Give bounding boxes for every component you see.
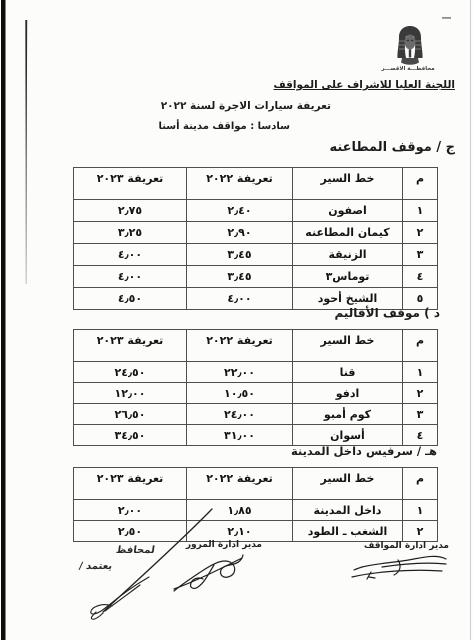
cell-fare-2023: ٢٫٧٥ xyxy=(74,200,187,222)
col-header-route: خط السير xyxy=(293,168,403,200)
table-header-row: م خط السير تعريفة ٢٠٢٢ تعريفة ٢٠٢٣ xyxy=(74,168,438,200)
table-row: ١ اصفون ٢٫٤٠ ٢٫٧٥ xyxy=(74,200,438,222)
scan-left-border xyxy=(1,0,6,640)
fare-table-mataana: م خط السير تعريفة ٢٠٢٢ تعريفة ٢٠٢٣ ١ اصف… xyxy=(73,167,438,310)
document-title: تعريفة سيارات الاجرة لسنة ٢٠٢٢ xyxy=(161,100,331,112)
cell-route: توماس٣ xyxy=(293,266,403,288)
col-header-fare-2022: تعريفة ٢٠٢٢ xyxy=(187,330,293,362)
table-row: ٢ الشغب ـ الطود ٢٫١٠ ٢٫٥٠ xyxy=(74,521,438,542)
col-header-route: خط السير xyxy=(293,330,403,362)
col-header-fare-2023: تعريفة ٢٠٢٣ xyxy=(74,468,187,500)
document-subtitle: سادسا : مواقف مدينة أسنا xyxy=(158,121,290,132)
col-header-fare-2022: تعريفة ٢٠٢٢ xyxy=(187,168,293,200)
col-header-no: م xyxy=(403,330,438,362)
scan-artifact-line xyxy=(25,20,27,284)
col-header-no: م xyxy=(403,468,438,500)
cell-fare-2023: ٢٤٫٥٠ xyxy=(74,362,187,383)
cell-no: ١ xyxy=(403,200,438,222)
section-label-mataana: ج / موقف المطاعنه xyxy=(329,140,455,155)
table-header-row: م خط السير تعريفة ٢٠٢٢ تعريفة ٢٠٢٣ xyxy=(74,468,438,500)
section-label-aqalim: د ) موقف الأقاليم xyxy=(334,306,440,320)
cell-fare-2022: ١٫٨٥ xyxy=(187,500,293,521)
cell-route: أسوان xyxy=(293,425,403,446)
cell-route: ادفو xyxy=(293,383,403,404)
cell-fare-2023: ٢٦٫٥٠ xyxy=(74,404,187,425)
cell-fare-2023: ٢٫٥٠ xyxy=(74,521,187,542)
table-row: ٣ الزنيقة ٣٫٤٥ ٤٫٠٠ xyxy=(74,244,438,266)
cell-fare-2022: ٢٫٤٠ xyxy=(187,200,293,222)
cell-fare-2022: ١٠٫٥٠ xyxy=(187,383,293,404)
cell-route: الشغب ـ الطود xyxy=(293,521,403,542)
cell-route: اصفون xyxy=(293,200,403,222)
scan-edge-dash xyxy=(442,17,451,19)
cell-fare-2022: ٣٫٤٥ xyxy=(187,266,293,288)
cell-fare-2023: ٤٫٠٠ xyxy=(74,266,187,288)
cell-no: ٤ xyxy=(403,425,438,446)
cell-fare-2023: ١٢٫٠٠ xyxy=(74,383,187,404)
signature-title-traffic-director: مدير ادارة المرور xyxy=(186,540,262,550)
governorate-name: محافظـــة الاقصـــر xyxy=(377,66,439,72)
table-row: ١ قنا ٢٢٫٠٠ ٢٤٫٥٠ xyxy=(74,362,438,383)
cell-route: قنا xyxy=(293,362,403,383)
cell-fare-2022: ٢٢٫٠٠ xyxy=(187,362,293,383)
cell-no: ٤ xyxy=(403,266,438,288)
cell-route: كيمان المطاعنه xyxy=(293,222,403,244)
cell-fare-2022: ٣٫٤٥ xyxy=(187,244,293,266)
cell-fare-2022: ٣١٫٠٠ xyxy=(187,425,293,446)
signature-scribble-stations-director xyxy=(352,556,446,579)
cell-no: ٣ xyxy=(403,404,438,425)
scan-right-edge xyxy=(470,0,471,640)
cell-fare-2023: ٣٤٫٥٠ xyxy=(74,425,187,446)
cell-no: ٣ xyxy=(403,244,438,266)
cell-fare-2022: ٢٫٩٠ xyxy=(187,222,293,244)
cell-fare-2022: ٢٤٫٠٠ xyxy=(187,404,293,425)
cell-route: الزنيقة xyxy=(293,244,403,266)
col-header-fare-2023: تعريفة ٢٠٢٣ xyxy=(74,330,187,362)
fare-table-city-service: م خط السير تعريفة ٢٠٢٢ تعريفة ٢٠٢٣ ١ داخ… xyxy=(73,467,438,542)
handwritten-governor-note: لمحافظ xyxy=(115,545,155,556)
cell-fare-2023: ٢٫٠٠ xyxy=(74,500,187,521)
cell-fare-2022: ٤٫٠٠ xyxy=(187,288,293,310)
col-header-fare-2023: تعريفة ٢٠٢٣ xyxy=(74,168,187,200)
cell-no: ١ xyxy=(403,362,438,383)
tutankhamun-mask-icon xyxy=(394,25,426,67)
table-header-row: م خط السير تعريفة ٢٠٢٢ تعريفة ٢٠٢٣ xyxy=(74,330,438,362)
table-row: ٤ أسوان ٣١٫٠٠ ٣٤٫٥٠ xyxy=(74,425,438,446)
cell-fare-2023: ٤٫٠٠ xyxy=(74,244,187,266)
cell-no: ١ xyxy=(403,500,438,521)
col-header-fare-2022: تعريفة ٢٠٢٢ xyxy=(187,468,293,500)
cell-no: ٢ xyxy=(403,383,438,404)
cell-route: داخل المدينة xyxy=(293,500,403,521)
table-row: ٤ توماس٣ ٣٫٤٥ ٤٫٠٠ xyxy=(74,266,438,288)
section-label-city-service: هـ / سرفيس داخل المدينة xyxy=(291,444,437,458)
cell-route: كوم أمبو xyxy=(293,404,403,425)
signature-title-stations-director: مدير ادارة المواقف xyxy=(364,541,449,551)
col-header-no: م xyxy=(403,168,438,200)
signature-scribble-traffic-director xyxy=(174,555,243,591)
col-header-route: خط السير xyxy=(293,468,403,500)
fare-table-aqalim: م خط السير تعريفة ٢٠٢٢ تعريفة ٢٠٢٣ ١ قنا… xyxy=(73,329,438,446)
cell-no: ٢ xyxy=(403,222,438,244)
table-row: ٢ ادفو ١٠٫٥٠ ١٢٫٠٠ xyxy=(74,383,438,404)
cell-fare-2023: ٣٫٢٥ xyxy=(74,222,187,244)
table-row: ٣ كوم أمبو ٢٤٫٠٠ ٢٦٫٥٠ xyxy=(74,404,438,425)
scanned-document-page: محافظـــة الاقصـــر اللجنة العليا للاشرا… xyxy=(0,0,473,640)
handwritten-approval-label: يعتمد / xyxy=(78,561,113,572)
cell-no: ٢ xyxy=(403,521,438,542)
cell-fare-2023: ٤٫٥٠ xyxy=(74,288,187,310)
table-row: ١ داخل المدينة ١٫٨٥ ٢٫٠٠ xyxy=(74,500,438,521)
cell-fare-2022: ٢٫١٠ xyxy=(187,521,293,542)
committee-title: اللجنة العليا للاشراف على المواقف xyxy=(274,79,455,91)
table-row: ٢ كيمان المطاعنه ٢٫٩٠ ٣٫٢٥ xyxy=(74,222,438,244)
